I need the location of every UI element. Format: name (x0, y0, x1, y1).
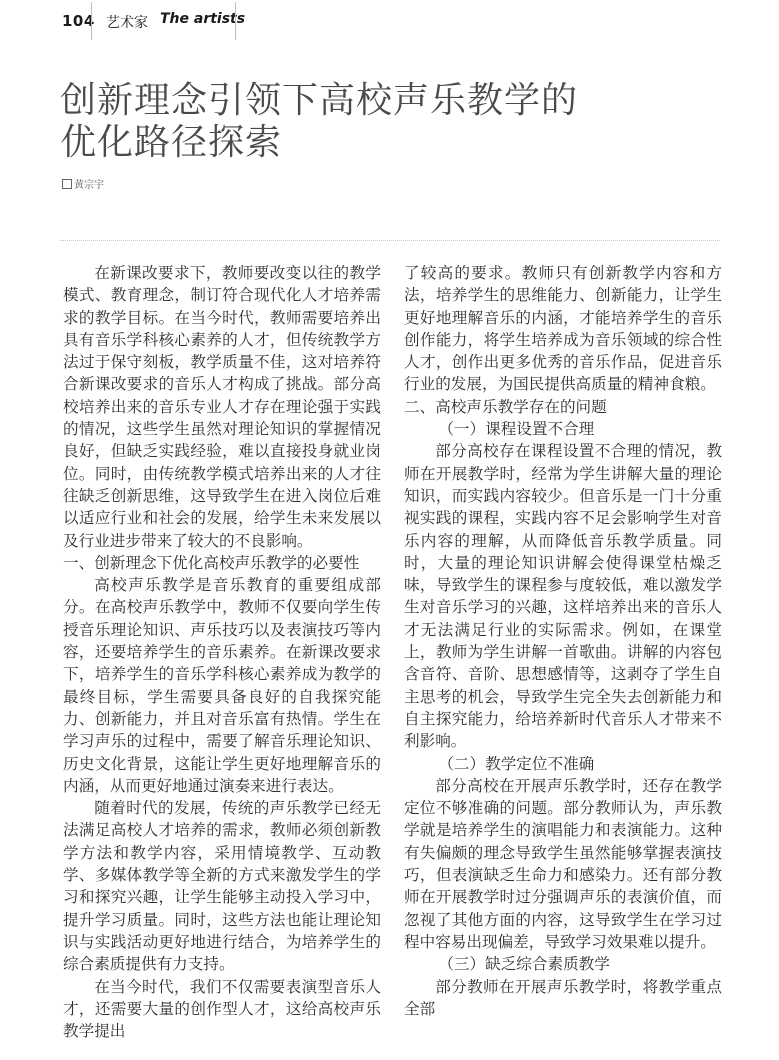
header-divider (235, 2, 236, 40)
journal-name-en: The artists (160, 11, 245, 27)
page-header: 104 艺术家 The artists (0, 0, 779, 42)
title-line-1: 创新理念引领下高校声乐教学的 (60, 80, 660, 122)
subsection-heading: （三）缺乏综合素质教学 (404, 953, 722, 975)
header-divider (91, 2, 92, 40)
article-title: 创新理念引领下高校声乐教学的 优化路径探索 (60, 80, 660, 164)
paragraph: 在新课改要求下，教师要改变以往的教学模式、教育理念，制订符合现代化人才培养需求的… (63, 262, 381, 552)
left-column: 在新课改要求下，教师要改变以往的教学模式、教育理念，制订符合现代化人才培养需求的… (63, 262, 381, 1042)
section-heading: 一、创新理念下优化高校声乐教学的必要性 (63, 552, 381, 574)
author-name: 黄宗宇 (74, 176, 104, 191)
paragraph-continued: 了较高的要求。教师只有创新教学内容和方法，培养学生的思维能力、创新能力，让学生更… (404, 262, 722, 396)
author-line: 黄宗宇 (62, 176, 104, 191)
subsection-heading: （一）课程设置不合理 (404, 418, 722, 440)
subsection-heading: （二）教学定位不准确 (404, 753, 722, 775)
paragraph: 部分高校在开展声乐教学时，还存在教学定位不够准确的问题。部分教师认为，声乐教学就… (404, 775, 722, 953)
title-line-2: 优化路径探索 (60, 122, 660, 164)
journal-name-cn: 艺术家 (106, 12, 148, 32)
right-column: 了较高的要求。教师只有创新教学内容和方法，培养学生的思维能力、创新能力，让学生更… (404, 262, 722, 1020)
page-number: 104 (62, 12, 95, 30)
dotted-separator (60, 240, 720, 241)
paragraph: 部分教师在开展声乐教学时，将教学重点全部 (404, 976, 722, 1021)
paragraph: 在当今时代，我们不仅需要表演型音乐人才，还需要大量的创作型人才，这给高校声乐教学… (63, 976, 381, 1043)
paragraph: 部分高校存在课程设置不合理的情况，教师在开展教学时，经常为学生讲解大量的理论知识… (404, 440, 722, 752)
section-heading: 二、高校声乐教学存在的问题 (404, 396, 722, 418)
author-box-icon (62, 179, 72, 189)
paragraph: 随着时代的发展，传统的声乐教学已经无法满足高校人才培养的需求，教师必须创新教学方… (63, 797, 381, 975)
paragraph: 高校声乐教学是音乐教育的重要组成部分。在高校声乐教学中，教师不仅要向学生传授音乐… (63, 574, 381, 797)
